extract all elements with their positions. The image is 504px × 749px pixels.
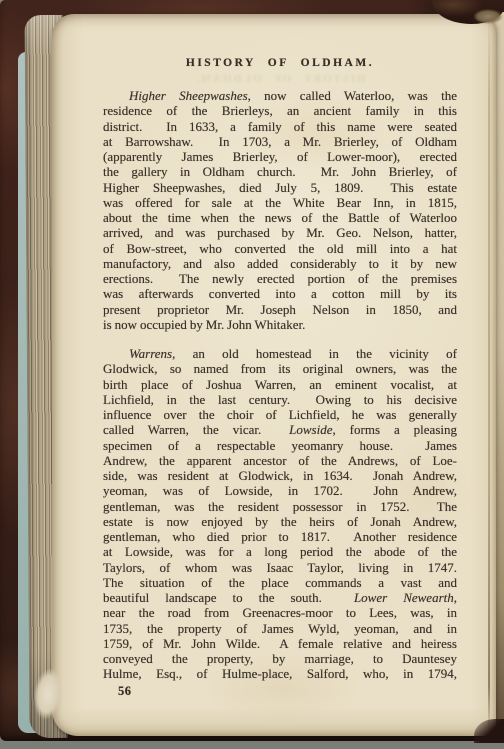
text-line: Glodwick, so named from its original own… <box>103 361 457 376</box>
text-line: at Barrowshaw. In 1703, a Mr. Brierley, … <box>103 134 457 149</box>
text-line: was offered for sale at the White Bear I… <box>103 195 457 210</box>
text-line: beautiful landscape to the south. Lower … <box>103 590 457 605</box>
book-page: HISTORY OF OLDHAM. HISTORY OF OLDHAM. Hi… <box>52 14 496 736</box>
text-line: erections. The newly erected portion of … <box>103 271 457 286</box>
text-line: present proprietor Mr. Joseph Nelson in … <box>103 302 457 317</box>
text-line: Hulme, Esq., of Hulme-place, Salford, wh… <box>103 666 457 681</box>
text-line: Warrens, an old homestead in the vicinit… <box>103 346 457 361</box>
text-line: arrived, and was purchased by Mr. Geo. N… <box>103 225 457 240</box>
text-line: 1759, of Mr. John Wilde. A female relati… <box>103 636 457 651</box>
book-photo: HISTORY OF OLDHAM. HISTORY OF OLDHAM. Hi… <box>0 0 504 749</box>
page-number: 56 <box>118 684 457 699</box>
text-line: specimen of a respectable yeomanry house… <box>103 438 457 453</box>
text-line: of Bow-street, who converted the old mil… <box>103 241 457 256</box>
text-column: HISTORY OF OLDHAM. HISTORY OF OLDHAM. Hi… <box>103 57 457 699</box>
text-line: estate is now enjoyed by the heirs of Jo… <box>103 514 457 529</box>
text-line: at Lowside, was for a long period the ab… <box>103 544 457 559</box>
show-through-text: HISTORY OF OLDHAM. <box>103 73 457 85</box>
text-line: Higher Sheepwashes, died July 5, 1809. T… <box>103 180 457 195</box>
text-line: about the time when the news of the Batt… <box>103 210 457 225</box>
text-line: gentleman, was the resident possessor in… <box>103 499 457 514</box>
text-line: Taylors, of whom was Isaac Taylor, livin… <box>103 560 457 575</box>
text-line: The situation of the place commands a va… <box>103 575 457 590</box>
text-line: district. In 1633, a family of this name… <box>103 119 457 134</box>
text-line: influence over the choir of Lichfield, h… <box>103 407 457 422</box>
text-line: Higher Sheepwashes, now called Waterloo,… <box>103 88 457 103</box>
paragraph: Warrens, an old homestead in the vicinit… <box>103 346 457 682</box>
text-line: Andrew, the apparent ancestor of the And… <box>103 453 457 468</box>
running-header: HISTORY OF OLDHAM. <box>103 57 457 69</box>
paragraph: Higher Sheepwashes, now called Waterloo,… <box>103 88 457 332</box>
text-line: is now occupied by Mr. John Whitaker. <box>103 317 457 332</box>
text-line: gentleman, who died prior to 1817. Anoth… <box>103 529 457 544</box>
text-line: birth place of Joshua Warren, an eminent… <box>103 377 457 392</box>
text-line: the gallery in Oldham church. Mr. John B… <box>103 164 457 179</box>
page-text: Higher Sheepwashes, now called Waterloo,… <box>103 88 457 682</box>
text-line: near the road from Greenacres-moor to Le… <box>103 605 457 620</box>
text-line: 1735, the property of James Wyld, yeoman… <box>103 621 457 636</box>
text-line: side, was resident at Glodwick, in 1634.… <box>103 468 457 483</box>
text-line: called Warren, the vicar. Lowside, forms… <box>103 422 457 437</box>
page-crease <box>488 14 490 736</box>
worn-corner <box>473 9 503 24</box>
text-line: manufactory, and also added considerably… <box>103 256 457 271</box>
text-line: residence of the Brierleys, an ancient f… <box>103 103 457 118</box>
text-line: conveyed the property, by marriage, to D… <box>103 651 457 666</box>
text-line: yeoman, was of Lowside, in 1702. John An… <box>103 483 457 498</box>
text-line: was afterwards converted into a cotton m… <box>103 286 457 301</box>
text-line: Lichfield, in the last century. Owing to… <box>103 392 457 407</box>
text-line: (apparently James Brierley, of Lower-moo… <box>103 149 457 164</box>
